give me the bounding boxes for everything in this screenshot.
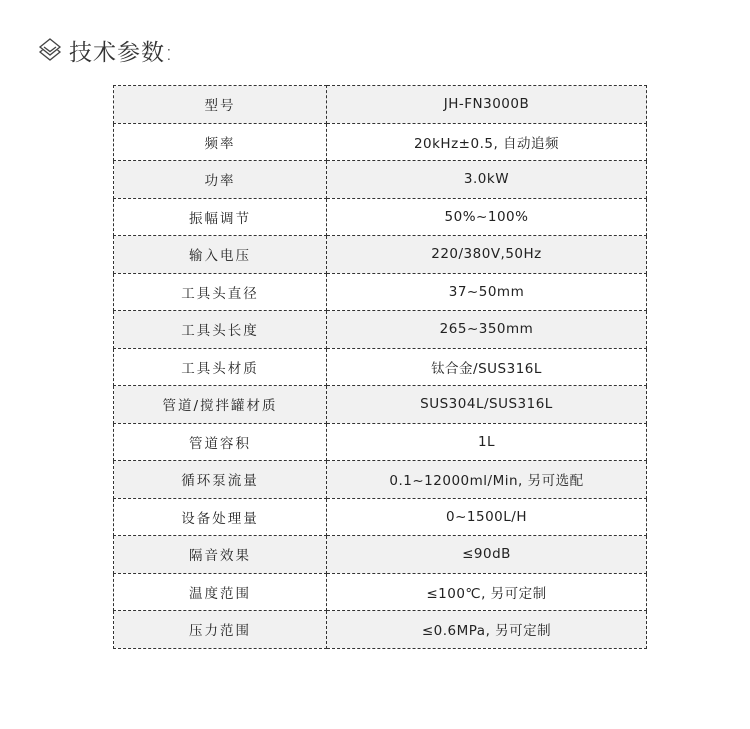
table-row: 输入电压 220/380V,50Hz [114,236,647,274]
layered-diamond-icon [37,37,63,63]
spec-label: 功率 [114,161,327,199]
table-row: 循环泵流量 0.1~12000ml/Min, 另可选配 [114,461,647,499]
table-row: 功率 3.0kW [114,161,647,199]
spec-label: 管道容积 [114,423,327,461]
spec-value: 50%~100% [327,198,647,236]
spec-label: 振幅调节 [114,198,327,236]
table-row: 工具头长度 265~350mm [114,311,647,349]
spec-value: 0~1500L/H [327,498,647,536]
spec-value: 1L [327,423,647,461]
section-title: 技术参数: [69,34,174,67]
spec-value: ≤90dB [327,536,647,574]
spec-label: 管道/搅拌罐材质 [114,386,327,424]
spec-label: 温度范围 [114,573,327,611]
spec-label: 设备处理量 [114,498,327,536]
spec-value: 220/380V,50Hz [327,236,647,274]
spec-label: 频率 [114,123,327,161]
spec-label: 输入电压 [114,236,327,274]
spec-value: 20kHz±0.5, 自动追频 [327,123,647,161]
spec-value: JH-FN3000B [327,86,647,124]
table-row: 振幅调节 50%~100% [114,198,647,236]
spec-label: 压力范围 [114,611,327,649]
spec-label: 工具头长度 [114,311,327,349]
spec-label: 型号 [114,86,327,124]
spec-value: SUS304L/SUS316L [327,386,647,424]
spec-label: 工具头材质 [114,348,327,386]
spec-value: 0.1~12000ml/Min, 另可选配 [327,461,647,499]
table-row: 管道容积 1L [114,423,647,461]
spec-value: 3.0kW [327,161,647,199]
table-row: 温度范围 ≤100℃, 另可定制 [114,573,647,611]
spec-value: 钛合金/SUS316L [327,348,647,386]
table-row: 隔音效果 ≤90dB [114,536,647,574]
spec-value: ≤0.6MPa, 另可定制 [327,611,647,649]
spec-label: 工具头直径 [114,273,327,311]
spec-table: 型号 JH-FN3000B 频率 20kHz±0.5, 自动追频 功率 3.0k… [113,85,647,649]
section-heading: 技术参数: [37,34,174,66]
spec-value: 265~350mm [327,311,647,349]
spec-label: 隔音效果 [114,536,327,574]
table-row: 设备处理量 0~1500L/H [114,498,647,536]
spec-label: 循环泵流量 [114,461,327,499]
table-row: 压力范围 ≤0.6MPa, 另可定制 [114,611,647,649]
table-row: 频率 20kHz±0.5, 自动追频 [114,123,647,161]
table-row: 工具头材质 钛合金/SUS316L [114,348,647,386]
table-row: 管道/搅拌罐材质 SUS304L/SUS316L [114,386,647,424]
table-row: 工具头直径 37~50mm [114,273,647,311]
spec-value: ≤100℃, 另可定制 [327,573,647,611]
spec-value: 37~50mm [327,273,647,311]
table-row: 型号 JH-FN3000B [114,86,647,124]
